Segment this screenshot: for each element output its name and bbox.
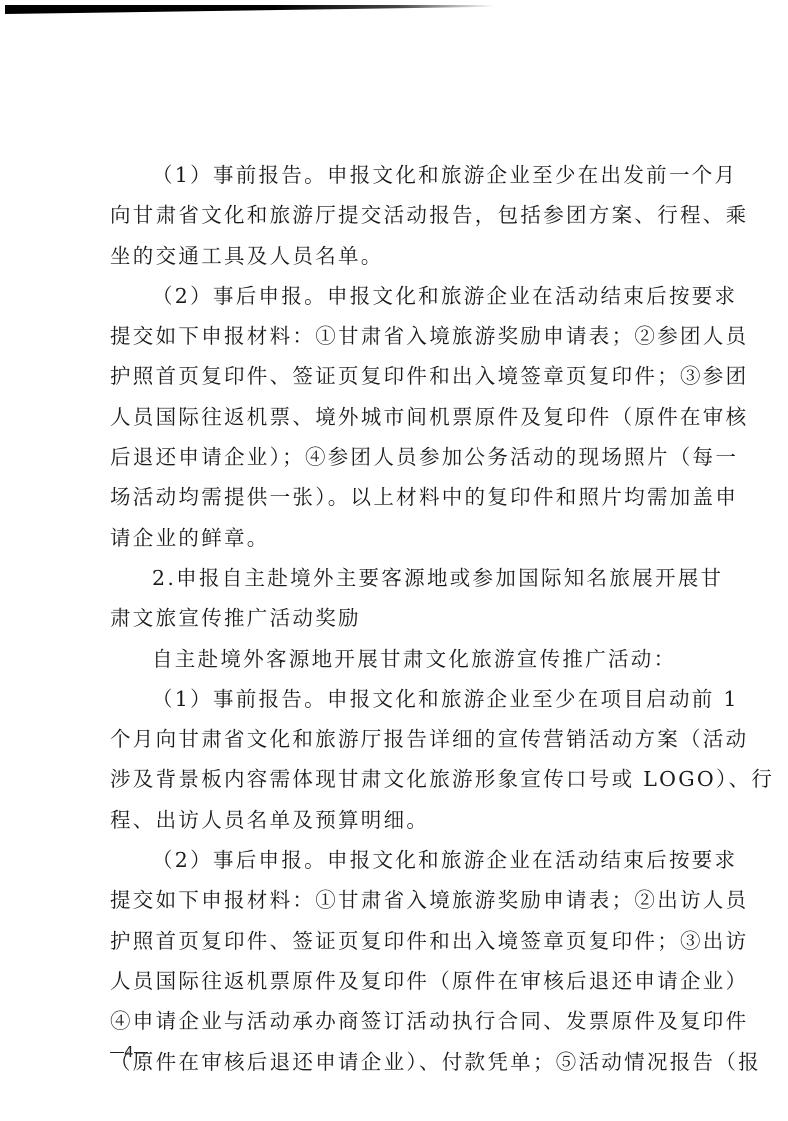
paragraph-line: （原件在审核后退还申请企业）、付款凭单；⑤活动情况报告（报 — [110, 1042, 694, 1082]
paragraph-line: 提交如下申报材料：①甘肃省入境旅游奖励申请表；②参团人员 — [110, 316, 694, 356]
paragraph-line: 提交如下申报材料：①甘肃省入境旅游奖励申请表；②出访人员 — [110, 880, 694, 920]
paragraph-line: 人员国际往返机票、境外城市间机票原件及复印件（原件在审核 — [110, 397, 694, 437]
section-heading-line: 2.申报自主赴境外主要客源地或参加国际知名旅展开展甘 — [110, 558, 694, 598]
dash-left — [110, 1052, 124, 1053]
paragraph-line: （2）事后申报。申报文化和旅游企业在活动结束后按要求 — [110, 840, 694, 880]
paragraph-line: 护照首页复印件、签证页复印件和出入境签章页复印件；③参团 — [110, 356, 694, 396]
paragraph-line: 人员国际往返机票原件及复印件（原件在审核后退还申请企业） — [110, 961, 694, 1001]
dash-right — [134, 1052, 148, 1053]
section-heading-line: 肃文旅宣传推广活动奖励 — [110, 598, 694, 638]
paragraph-line: 后退还申请企业）；④参团人员参加公务活动的现场照片（每一 — [110, 437, 694, 477]
paragraph-line: 涉及背景板内容需体现甘肃文化旅游形象宣传口号或 LOGO）、行 — [110, 759, 694, 799]
paragraph-line: 坐的交通工具及人员名单。 — [110, 236, 694, 276]
paragraph-line: 自主赴境外客源地开展甘肃文化旅游宣传推广活动： — [110, 639, 694, 679]
paragraph-line: 程、出访人员名单及预算明细。 — [110, 800, 694, 840]
document-body: （1）事前报告。申报文化和旅游企业至少在出发前一个月 向甘肃省文化和旅游厅提交活… — [110, 155, 694, 1082]
paragraph-line: （2）事后申报。申报文化和旅游企业在活动结束后按要求 — [110, 276, 694, 316]
scan-edge-artifact — [5, 5, 495, 14]
paragraph-line: 请企业的鲜章。 — [110, 518, 694, 558]
paragraph-line: （1）事前报告。申报文化和旅游企业至少在项目启动前 1 — [110, 679, 694, 719]
paragraph-line: 个月向甘肃省文化和旅游厅报告详细的宣传营销活动方案（活动 — [110, 719, 694, 759]
paragraph-line: ④申请企业与活动承办商签订活动执行合同、发票原件及复印件 — [110, 1001, 694, 1041]
page-number-footer: 4 — [110, 1043, 148, 1061]
page-number: 4 — [124, 1043, 134, 1061]
paragraph-line: 护照首页复印件、签证页复印件和出入境签章页复印件；③出访 — [110, 921, 694, 961]
paragraph-line: 场活动均需提供一张）。以上材料中的复印件和照片均需加盖申 — [110, 477, 694, 517]
paragraph-line: （1）事前报告。申报文化和旅游企业至少在出发前一个月 — [110, 155, 694, 195]
paragraph-line: 向甘肃省文化和旅游厅提交活动报告，包括参团方案、行程、乘 — [110, 195, 694, 235]
